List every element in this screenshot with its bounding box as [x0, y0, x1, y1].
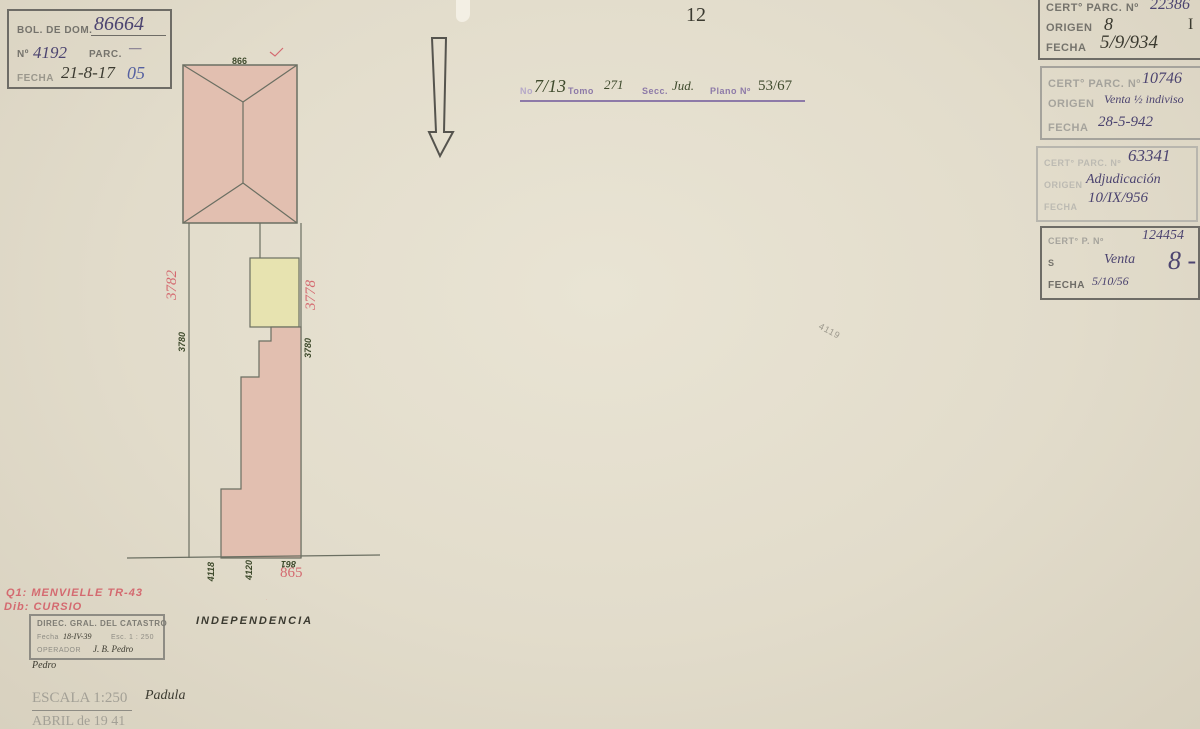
- catastro-stamp: DIREC. GRAL. DEL CATASTRO Fecha 18-IV-39…: [29, 614, 165, 660]
- origen-value: Venta: [1104, 252, 1135, 268]
- top-door-number: 866: [232, 56, 247, 66]
- ref-label: Plano Nº: [710, 86, 751, 96]
- fecha-label: FECHA: [1046, 42, 1086, 54]
- fecha-label: FECHA: [1048, 280, 1085, 291]
- ref-label: Tomo: [568, 86, 594, 96]
- right-number-green: 3780: [303, 338, 313, 358]
- origen-label: ORIGEN: [1046, 22, 1092, 34]
- draftsman-signature: Padula: [145, 688, 185, 704]
- origen-extra: I: [1188, 16, 1193, 34]
- catastro-fecha-value: 18-IV-39: [63, 632, 91, 641]
- ref-value: 271: [604, 77, 624, 93]
- origen-label: ORIGEN: [1044, 180, 1083, 190]
- date-label: ABRIL de 19 41: [32, 714, 125, 729]
- cert-number: 124454: [1142, 228, 1184, 244]
- certificate-stamp-4: CERT° P. Nº 124454 S Venta 8 - FECHA 5/1…: [1040, 226, 1200, 300]
- operador-label: OPERADOR: [37, 647, 81, 654]
- origen-label: S: [1048, 258, 1055, 268]
- fecha-value: 10/IX/956: [1088, 190, 1148, 207]
- reference-line: No 7/13 Tomo 271 Secc. Jud. Plano Nº 53/…: [520, 80, 805, 102]
- ref-value: 7/13: [534, 76, 566, 97]
- cert-label: CERT° PARC. Nº: [1048, 78, 1141, 90]
- fecha-value: 28-5-942: [1098, 114, 1153, 131]
- operador-value: J. B. Pedro: [93, 644, 133, 654]
- cert-number: 22386: [1150, 0, 1190, 14]
- page-number: 12: [686, 4, 706, 27]
- bottom-number-2: 4120: [244, 560, 254, 580]
- catastro-fecha-label: Fecha: [37, 634, 59, 641]
- faint-mark: 4119: [817, 321, 842, 341]
- certificate-stamp-2: CERT° PARC. Nº 10746 ORIGEN Venta ½ indi…: [1040, 66, 1200, 140]
- cert-label: CERT° PARC. Nº: [1044, 158, 1121, 168]
- ref-label: Secc.: [642, 86, 668, 96]
- ref-value: 53/67: [758, 78, 792, 95]
- scale-label: ESCALA 1:250: [32, 690, 127, 707]
- parcel-plan-drawing: [0, 0, 400, 600]
- left-number-red: 3782: [164, 270, 181, 300]
- cert-label: CERT° PARC. Nº: [1046, 2, 1139, 14]
- catastro-escala: Esc. 1 : 250: [111, 634, 154, 641]
- cert-number: 63341: [1128, 146, 1171, 166]
- left-number-green: 3780: [177, 332, 187, 352]
- catastro-title: DIREC. GRAL. DEL CATASTRO: [37, 619, 167, 628]
- footer-divider: [32, 710, 132, 711]
- fecha-value: 5/9/934: [1100, 32, 1158, 54]
- fecha-label: FECHA: [1048, 122, 1088, 134]
- paper-tear: [456, 0, 470, 22]
- origen-value: Venta ½ indiviso: [1104, 92, 1184, 107]
- operator-signature: Pedro: [32, 660, 56, 671]
- origen-label: ORIGEN: [1048, 98, 1094, 110]
- certificate-stamp-1: CERT° PARC. Nº 22386 ORIGEN 8 I FECHA 5/…: [1038, 0, 1200, 60]
- bottom-number-1: 4118: [206, 562, 216, 581]
- fecha-value: 5/10/56: [1092, 274, 1129, 289]
- ref-label: No: [520, 86, 533, 96]
- north-arrow-icon: [426, 36, 456, 160]
- red-note-2: Dib: CURSIO: [4, 601, 82, 613]
- bottom-number-3-red: 865: [280, 565, 303, 582]
- ref-value: Jud.: [672, 78, 694, 94]
- cert-number: 10746: [1142, 70, 1182, 88]
- street-name: INDEPENDENCIA: [196, 615, 313, 627]
- cert-label: CERT° P. Nº: [1048, 236, 1104, 246]
- origen-extra: 8 -: [1168, 246, 1196, 276]
- red-note-1: Q1: MENVIELLE TR-43: [6, 587, 143, 599]
- fecha-label: FECHA: [1044, 202, 1078, 212]
- origen-value: Adjudicación: [1086, 172, 1161, 188]
- right-number-red: 3778: [303, 280, 320, 310]
- certificate-stamp-3: CERT° PARC. Nº 63341 ORIGEN Adjudicación…: [1036, 146, 1198, 222]
